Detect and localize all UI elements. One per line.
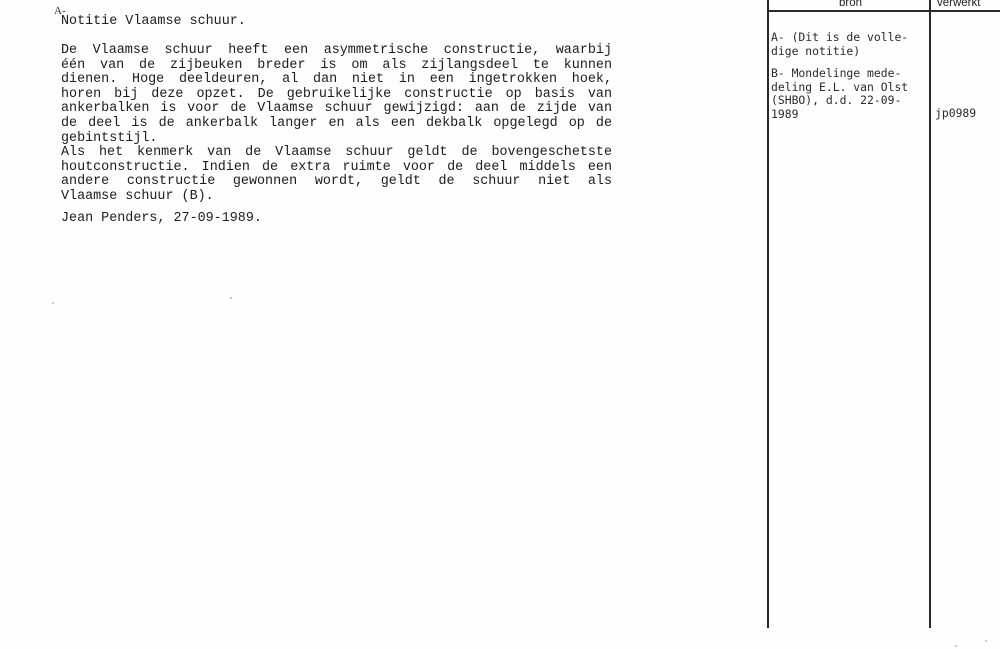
source-line: deling E.L. van Olst	[771, 80, 908, 94]
scan-speck	[52, 302, 54, 304]
source-line: B- Mondelinge mede-	[771, 66, 901, 80]
source-line: A- (Dit is de volle-	[771, 30, 908, 44]
source-table: bron verwerkt A- (Dit is de volle- dige …	[767, 0, 1000, 628]
header-bron: bron	[839, 0, 862, 9]
scan-speck	[955, 645, 957, 647]
signature: Jean Penders, 27-09-1989.	[61, 212, 262, 227]
scan-speck	[985, 640, 987, 642]
body-line: één van de zijbeuken breder is om als zi…	[61, 59, 612, 74]
body-line: de deel is de ankerbalk langer en als ee…	[61, 117, 612, 132]
body-line: horen bij deze opzet. De gebruikelijke c…	[61, 88, 612, 103]
processed-code: jp0989	[935, 107, 976, 121]
source-entry-b: B- Mondelinge mede- deling E.L. van Olst…	[771, 67, 908, 121]
body-line: gebintstijl.	[61, 132, 621, 147]
note-title: Notitie Vlaamse schuur.	[61, 15, 246, 30]
body-line: De Vlaamse schuur heeft een asymmetrisch…	[61, 44, 612, 59]
body-line: ankerbalken is voor de Vlaamse schuur ge…	[61, 102, 612, 117]
table-border-left	[767, 0, 769, 628]
table-header-rule	[767, 10, 1000, 12]
body-line: Vlaamse schuur (B).	[61, 190, 621, 205]
body-line: andere constructie gewonnen wordt, geldt…	[61, 175, 612, 190]
header-verwerkt: verwerkt	[937, 0, 980, 9]
scan-speck	[230, 297, 232, 299]
body-line: dienen. Hoge deeldeuren, al dan niet in …	[61, 73, 612, 88]
body-line: Als het kenmerk van de Vlaamse schuur ge…	[61, 146, 612, 161]
body-line: houtconstructie. Indien de extra ruimte …	[61, 161, 612, 176]
source-line: (SHBO), d.d. 22-09-	[771, 93, 901, 107]
note-body: De Vlaamse schuur heeft een asymmetrisch…	[61, 44, 621, 205]
source-line: dige notitie)	[771, 44, 860, 58]
scanned-page: A- Notitie Vlaamse schuur. De Vlaamse sc…	[0, 0, 1000, 649]
source-line: 1989	[771, 107, 798, 121]
table-column-divider	[929, 0, 931, 628]
source-entry-a: A- (Dit is de volle- dige notitie)	[771, 31, 908, 58]
